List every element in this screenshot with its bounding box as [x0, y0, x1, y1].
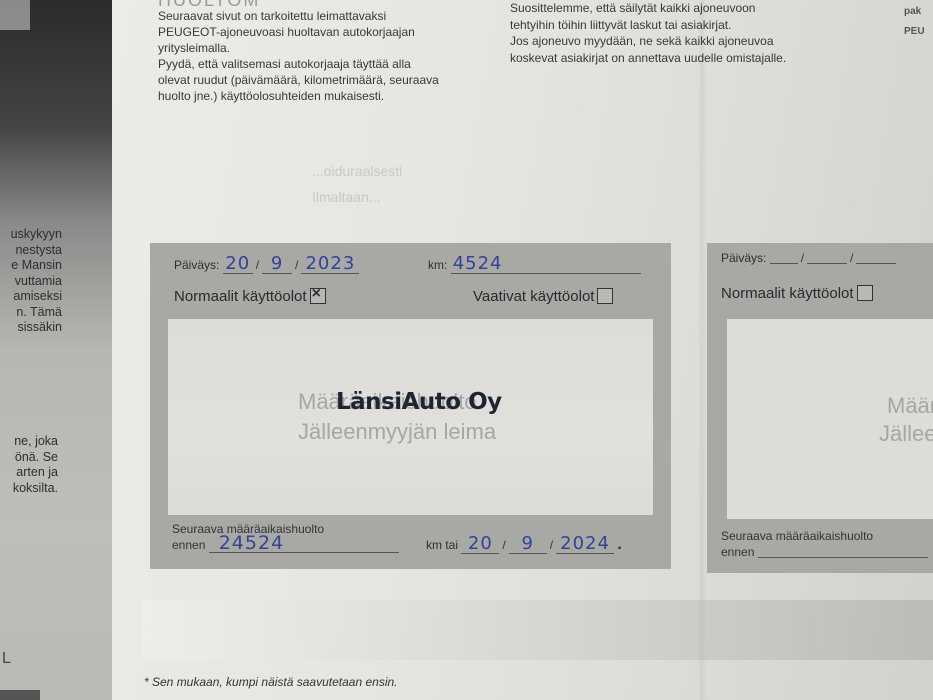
lower-page-shading	[142, 600, 933, 660]
date-field-row: Päiväys: 20/9/2023	[174, 255, 359, 274]
next-service-label-line-1: Seuraava määräaikaishuolto	[721, 528, 928, 544]
demanding-conditions-label: Vaativat käyttöolot	[473, 288, 594, 305]
next-service-date-row: km tai 20/9/2024 .	[426, 535, 622, 554]
service-entry-1: Päiväys: 20/9/2023 km: 4524 Normaalit kä…	[150, 243, 671, 569]
intro-line: PEU	[904, 22, 925, 42]
page-fold-shadow	[698, 0, 706, 700]
service-book-page: HUOLTOM Seuraavat sivut on tarkoitettu l…	[112, 0, 933, 700]
next-service-label: Seuraava määräaikaishuolto ennen	[721, 528, 928, 560]
date-month-field[interactable]	[807, 252, 847, 264]
faded-line: ...oiduraalsesti	[312, 158, 402, 184]
date-day-field[interactable]	[770, 252, 798, 264]
next-service-km-field[interactable]	[758, 546, 928, 558]
date-year-field[interactable]: 2023	[301, 255, 359, 274]
faded-line: Ilmaltaan...	[312, 184, 402, 210]
intro-line: Pyydä, että valitsemasi autokorjaaja täy…	[158, 56, 488, 72]
intro-line: yritysleimalla.	[158, 40, 488, 56]
next-service-km-field[interactable]: 24524	[209, 534, 399, 553]
normal-conditions-label: Normaalit käyttöolot	[174, 288, 307, 305]
normal-conditions-checkbox[interactable]	[857, 285, 873, 301]
left-page-lower-text: ne, joka önä. Se arten ja koksilta.	[0, 434, 58, 496]
next-service-label-line-2: ennen	[721, 545, 754, 559]
intro-line: koskevat asiakirjat on annettava uudelle…	[510, 50, 880, 67]
stamp-placeholder-line-1: Määr	[887, 391, 933, 421]
left-page-upper-text: uskykyyn nestysta e Mansin vuttamia amis…	[0, 227, 62, 336]
intro-text-far-right: pak PEU	[904, 2, 925, 42]
left-line: arten ja	[0, 465, 58, 481]
photo-fragment	[0, 0, 30, 30]
date-day-field[interactable]: 20	[223, 255, 253, 274]
stamp-placeholder-line-2: Jällee	[879, 419, 933, 449]
adjacent-left-page: uskykyyn nestysta e Mansin vuttamia amis…	[0, 0, 112, 700]
date-field-row: Päiväys: //	[721, 251, 896, 265]
normal-conditions-checkbox[interactable]	[310, 288, 326, 304]
next-service-label: Seuraava määräaikaishuolto ennen 24524	[172, 521, 399, 553]
intro-line: olevat ruudut (päivämäärä, kilometrimäär…	[158, 72, 488, 88]
intro-line: Suosittelemme, että säilytät kaikki ajon…	[510, 0, 880, 17]
km-field-row: km: 4524	[428, 255, 641, 274]
normal-conditions-row: Normaalit käyttöolot	[174, 288, 326, 305]
date-label: Päiväys:	[174, 258, 219, 272]
normal-conditions-row: Normaalit käyttöolot	[721, 285, 873, 302]
next-year-field[interactable]: 2024	[556, 535, 614, 554]
intro-line: huolto jne.) käyttöolosuhteiden mukaises…	[158, 88, 488, 104]
footnote: * Sen mukaan, kumpi näistä saavutetaan e…	[144, 675, 398, 689]
intro-line: pak	[904, 2, 925, 22]
dealer-stamp-area: Määr Jällee	[727, 319, 933, 519]
date-month-field[interactable]: 9	[262, 255, 292, 274]
km-label: km:	[428, 258, 447, 272]
left-line: nestysta	[0, 243, 62, 259]
intro-line: Jos ajoneuvo myydään, ne sekä kaikki ajo…	[510, 33, 880, 50]
dealer-stamp-area: Määräaikaishuolto Jälleenmyyjän leima Lä…	[168, 319, 653, 515]
asterisk-mark: .	[617, 536, 621, 553]
left-line: amiseksi	[0, 289, 62, 305]
date-year-field[interactable]	[856, 252, 896, 264]
dealer-stamp: LänsiAuto Oy	[336, 389, 502, 415]
intro-line: PEUGEOT-ajoneuvoasi huoltavan autokorjaa…	[158, 24, 488, 40]
next-day-field[interactable]: 20	[461, 535, 499, 554]
left-page-mark: L	[2, 650, 11, 668]
left-line: önä. Se	[0, 450, 58, 466]
left-line: uskykyyn	[0, 227, 62, 243]
left-line: ne, joka	[0, 434, 58, 450]
intro-line: tehtyihin töihin liittyvät laskut tai as…	[510, 17, 880, 34]
left-page-graphic	[0, 690, 40, 700]
date-label: Päiväys:	[721, 251, 766, 265]
intro-text-right: Suosittelemme, että säilytät kaikki ajon…	[510, 0, 880, 66]
left-line: n. Tämä	[0, 305, 62, 321]
left-line: koksilta.	[0, 481, 58, 497]
demanding-conditions-row: Vaativat käyttöolot	[473, 288, 613, 305]
km-or-label: km tai	[426, 538, 458, 552]
left-line: vuttamia	[0, 274, 62, 290]
show-through-text: ...oiduraalsesti Ilmaltaan...	[312, 158, 402, 210]
km-field[interactable]: 4524	[451, 255, 641, 274]
next-service-label-line-2: ennen	[172, 538, 205, 552]
intro-line: Seuraavat sivut on tarkoitettu leimattav…	[158, 8, 488, 24]
normal-conditions-label: Normaalit käyttöolot	[721, 285, 854, 302]
service-entry-2: Päiväys: // Normaalit käyttöolot Määr Jä…	[707, 243, 933, 573]
left-line: sissäkin	[0, 320, 62, 336]
left-line: e Mansin	[0, 258, 62, 274]
stamp-placeholder-line-2: Jälleenmyyjän leima	[298, 417, 496, 447]
intro-text-left: Seuraavat sivut on tarkoitettu leimattav…	[158, 8, 488, 104]
next-month-field[interactable]: 9	[509, 535, 547, 554]
demanding-conditions-checkbox[interactable]	[597, 288, 613, 304]
